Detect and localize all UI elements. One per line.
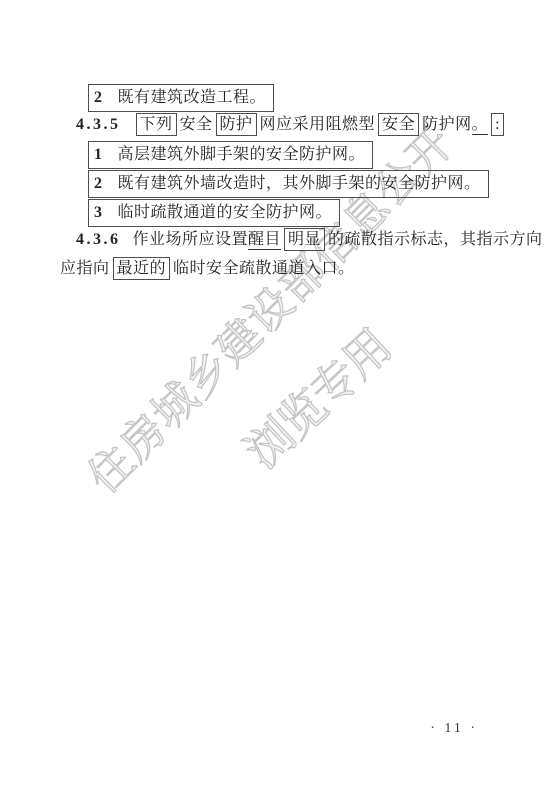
clause-4-3-6-line-1: 4.3.6作业场所应设置醒目明显的疏散指示标志，其指示方向 — [76, 228, 543, 251]
clause-number: 4.3.6 — [76, 231, 121, 248]
clause-4-3-5: 4.3.5下列安全防护网应采用阻燃型安全防护网。: — [76, 113, 507, 136]
page-content: 2既有建筑改造工程。 4.3.5下列安全防护网应采用阻燃型安全防护网。: 1高层… — [0, 0, 552, 800]
text-segment-plain: 网应采用阻燃型 — [260, 116, 376, 133]
text-segment-plain: 的疏散指示标志，其指示方向 — [328, 231, 543, 248]
list-item-text: 既有建筑外墙改造时，其外脚手架的安全防护网。 — [118, 175, 481, 192]
revision-insertion-box: 2既有建筑外墙改造时，其外脚手架的安全防护网。 — [88, 170, 489, 198]
list-item-text: 高层建筑外脚手架的安全防护网。 — [118, 146, 366, 163]
text-segment-plain: 防护网 — [422, 116, 472, 133]
list-item-number: 2 — [94, 89, 103, 106]
list-item-text: 临时疏散通道的安全防护网。 — [118, 204, 333, 221]
revision-insertion-box: 2既有建筑改造工程。 — [88, 84, 274, 112]
page-number: · 11 · — [430, 721, 478, 737]
clause-body: 应指向最近的临时安全疏散通道入口。 — [60, 260, 355, 277]
text-segment-plain: 临时安全疏散通道入口。 — [173, 260, 355, 277]
list-item-text: 既有建筑改造工程。 — [118, 89, 267, 106]
document-page: 住房城乡建设部信息公开 浏览专用 2既有建筑改造工程。 4.3.5下列安全防护网… — [0, 0, 552, 800]
text-segment-underline: 醒目 — [248, 231, 281, 250]
boxed-list-item-orphan: 2既有建筑改造工程。 — [88, 84, 274, 112]
clause-number: 4.3.5 — [76, 116, 121, 133]
boxed-list-item-1: 1高层建筑外脚手架的安全防护网。 — [88, 141, 373, 169]
text-segment-boxed: 最近的 — [113, 257, 171, 280]
clause-body: 下列安全防护网应采用阻燃型安全防护网。: — [133, 116, 508, 133]
revision-insertion-box: 3临时疏散通道的安全防护网。 — [88, 199, 340, 227]
boxed-list-item-3: 3临时疏散通道的安全防护网。 — [88, 199, 340, 227]
text-segment-boxed: 明显 — [284, 228, 325, 251]
text-segment-boxed: 安全 — [378, 113, 419, 136]
text-segment-plain: 作业场所应设置 — [133, 231, 249, 248]
text-segment-boxed: : — [491, 113, 504, 136]
revision-insertion-box: 1高层建筑外脚手架的安全防护网。 — [88, 141, 373, 169]
text-segment-plain: 安全 — [180, 116, 213, 133]
list-item-number: 2 — [94, 175, 103, 192]
clause-body: 作业场所应设置醒目明显的疏散指示标志，其指示方向 — [133, 231, 543, 248]
text-segment-boxed: 下列 — [136, 113, 177, 136]
boxed-list-item-2: 2既有建筑外墙改造时，其外脚手架的安全防护网。 — [88, 170, 489, 198]
list-item-number: 1 — [94, 146, 103, 163]
text-segment-boxed: 防护 — [216, 113, 257, 136]
text-segment-plain: 应指向 — [60, 260, 110, 277]
list-item-number: 3 — [94, 204, 103, 221]
text-segment-underline: 。 — [472, 116, 489, 135]
clause-4-3-6-line-2: 应指向最近的临时安全疏散通道入口。 — [60, 257, 355, 280]
